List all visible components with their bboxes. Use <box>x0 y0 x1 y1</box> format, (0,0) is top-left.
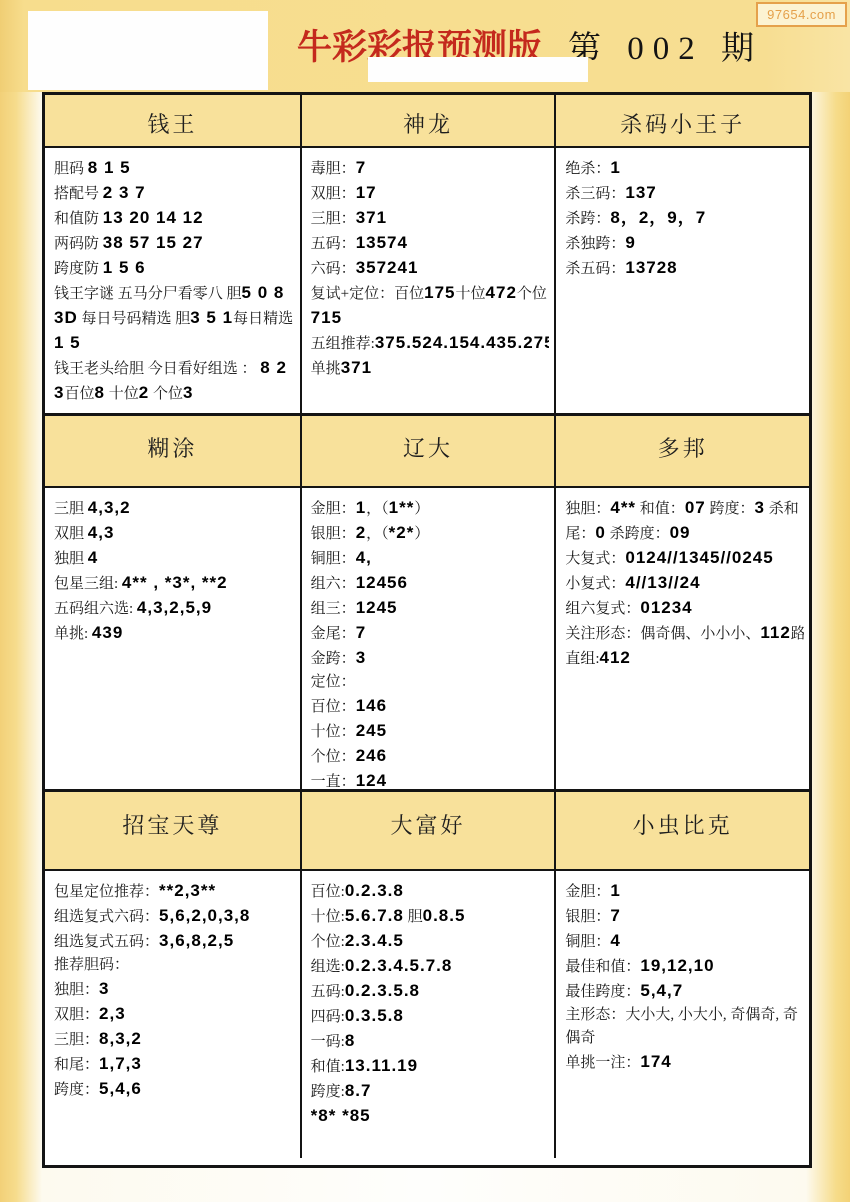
prediction-line: 铜胆：4, <box>311 546 550 571</box>
prediction-line: 组选复式五码：3,6,8,2,5 <box>54 929 295 954</box>
panel-header: 小虫比克 <box>556 792 809 871</box>
panel: 多邦独胆：4** 和值：07 跨度：3 杀和尾：0 杀跨度：09大复式：0124… <box>554 416 809 789</box>
panel-header: 大富好 <box>302 792 555 871</box>
prediction-line: 一直：124 <box>311 769 550 789</box>
prediction-line: 五码组六选: 4,3,2,5,9 <box>54 596 295 621</box>
prediction-sheet-page: 牛彩彩报预测版第 002 期 97654.com 钱王胆码 8 1 5搭配号 2… <box>0 0 850 1202</box>
prediction-line: 钱王老头给胆 今日看好组选 ： 8 2 <box>54 356 295 381</box>
panel-header: 辽大 <box>302 416 555 488</box>
panel-body: 毒胆：7双胆：17三胆：371五码：13574六码：357241复试+定位：百位… <box>302 148 555 413</box>
board-row: 糊涂三胆 4,3,2双胆 4,3独胆 4包星三组: 4** , *3*, **2… <box>45 413 809 789</box>
page-header-band: 牛彩彩报预测版第 002 期 <box>0 0 850 92</box>
redacted-area-center <box>368 57 588 82</box>
prediction-line: 单挑一注：174 <box>565 1050 804 1075</box>
site-watermark-link[interactable]: 97654.com <box>756 2 847 27</box>
prediction-line: 和值防 13 20 14 12 <box>54 206 295 231</box>
prediction-line: 主形态：大小大, 小大小, 奇偶奇, 奇偶奇 <box>565 1004 804 1050</box>
board-row: 钱王胆码 8 1 5搭配号 2 3 7和值防 13 20 14 12两码防 38… <box>45 95 809 413</box>
prediction-line: 大复式：0124//1345//0245 <box>565 546 804 571</box>
prediction-line: 和值:13.11.19 <box>311 1054 550 1079</box>
panel-title: 辽大 <box>403 432 453 463</box>
prediction-line: 组三：1245 <box>311 596 550 621</box>
prediction-line: 组六：12456 <box>311 571 550 596</box>
panel-header: 招宝天尊 <box>45 792 300 871</box>
prediction-line: 三胆：8,3,2 <box>54 1027 295 1052</box>
prediction-line: 两码防 38 57 15 27 <box>54 231 295 256</box>
prediction-line: 百位:0.2.3.8 <box>311 879 550 904</box>
prediction-line: 复试+定位：百位175十位472个位 <box>311 281 550 306</box>
prediction-line: 胆码 8 1 5 <box>54 156 295 181</box>
panel: 杀码小王子绝杀：1杀三码：137杀跨：8，2，9，7杀独跨：9杀五码：13728 <box>554 95 809 413</box>
panel-header: 多邦 <box>556 416 809 488</box>
panel-title: 招宝天尊 <box>122 809 222 840</box>
prediction-line: 搭配号 2 3 7 <box>54 181 295 206</box>
prediction-line: 十位：245 <box>311 719 550 744</box>
panel-body: 百位:0.2.3.8十位:5.6.7.8 胆0.8.5个位:2.3.4.5组选:… <box>302 871 555 1158</box>
prediction-line: 和尾：1,7,3 <box>54 1052 295 1077</box>
prediction-line: 金尾：7 <box>311 621 550 646</box>
prediction-line: 定位： <box>311 671 550 694</box>
prediction-line: 小复式：4//13//24 <box>565 571 804 596</box>
panel: 招宝天尊包星定位推荐：**2,3**组选复式六码：5,6,2,0,3,8组选复式… <box>45 792 300 1158</box>
prediction-line: 最佳跨度：5,4,7 <box>565 979 804 1004</box>
prediction-line: 三胆：371 <box>311 206 550 231</box>
prediction-line: 杀五码：13728 <box>565 256 804 281</box>
prediction-line: 最佳和值：19,12,10 <box>565 954 804 979</box>
redacted-area-left <box>28 11 268 90</box>
panel-title: 多邦 <box>658 432 708 463</box>
page-title-issue: 第 002 期 <box>568 31 763 67</box>
prediction-line: 一码:8 <box>311 1029 550 1054</box>
prediction-line: 杀跨：8，2，9，7 <box>565 206 804 231</box>
prediction-line: 六码：357241 <box>311 256 550 281</box>
prediction-line: 双胆：2,3 <box>54 1002 295 1027</box>
panel: 钱王胆码 8 1 5搭配号 2 3 7和值防 13 20 14 12两码防 38… <box>45 95 300 413</box>
prediction-line: 五码:0.2.3.5.8 <box>311 979 550 1004</box>
prediction-line: 银胆：7 <box>565 904 804 929</box>
prediction-line: 组选复式六码：5,6,2,0,3,8 <box>54 904 295 929</box>
prediction-line: 金跨：3 <box>311 646 550 671</box>
prediction-line: 个位：246 <box>311 744 550 769</box>
panel-header: 糊涂 <box>45 416 300 488</box>
panel-body: 金胆：1，（1**）银胆：2，（*2*）铜胆：4,组六：12456组三：1245… <box>302 488 555 789</box>
prediction-line: 推荐胆码： <box>54 954 295 977</box>
prediction-line: 双胆：17 <box>311 181 550 206</box>
panel-body: 包星定位推荐：**2,3**组选复式六码：5,6,2,0,3,8组选复式五码：3… <box>45 871 300 1158</box>
panel-body: 三胆 4,3,2双胆 4,3独胆 4包星三组: 4** , *3*, **2五码… <box>45 488 300 789</box>
prediction-table: 钱王胆码 8 1 5搭配号 2 3 7和值防 13 20 14 12两码防 38… <box>42 92 812 1168</box>
board-row: 招宝天尊包星定位推荐：**2,3**组选复式六码：5,6,2,0,3,8组选复式… <box>45 789 809 1158</box>
prediction-line: 毒胆：7 <box>311 156 550 181</box>
prediction-line: 包星三组: 4** , *3*, **2 <box>54 571 295 596</box>
prediction-line: 钱王字谜 五马分尸看零八 胆5 0 8 <box>54 281 295 306</box>
prediction-line: 跨度:8.7 <box>311 1079 550 1104</box>
prediction-line: 银胆：2，（*2*） <box>311 521 550 546</box>
prediction-line: 关注形态：偶奇偶、小小小、112路 <box>565 621 804 646</box>
panel-title: 大富好 <box>391 809 466 840</box>
panel-title: 钱王 <box>147 108 197 139</box>
prediction-line: 三胆 4,3,2 <box>54 496 295 521</box>
prediction-line: 铜胆：4 <box>565 929 804 954</box>
prediction-line: 组选:0.2.3.4.5.7.8 <box>311 954 550 979</box>
prediction-line: 独胆：4** 和值：07 跨度：3 杀和 <box>565 496 804 521</box>
prediction-line: 杀三码：137 <box>565 181 804 206</box>
prediction-line: 五码：13574 <box>311 231 550 256</box>
panel-header: 钱王 <box>45 95 300 148</box>
prediction-line: 个位:2.3.4.5 <box>311 929 550 954</box>
prediction-line: 金胆：1 <box>565 879 804 904</box>
panel: 糊涂三胆 4,3,2双胆 4,3独胆 4包星三组: 4** , *3*, **2… <box>45 416 300 789</box>
prediction-line: 单挑: 439 <box>54 621 295 646</box>
prediction-line: 绝杀：1 <box>565 156 804 181</box>
prediction-line: 尾：0 杀跨度：09 <box>565 521 804 546</box>
prediction-line: 单挑371 <box>311 356 550 381</box>
panel-title: 杀码小王子 <box>620 108 745 139</box>
panel-body: 绝杀：1杀三码：137杀跨：8，2，9，7杀独跨：9杀五码：13728 <box>556 148 809 413</box>
prediction-line: 杀独跨：9 <box>565 231 804 256</box>
prediction-line: 跨度：5,4,6 <box>54 1077 295 1102</box>
prediction-line: 直组:412 <box>565 646 804 671</box>
panel: 辽大金胆：1，（1**）银胆：2，（*2*）铜胆：4,组六：12456组三：12… <box>300 416 555 789</box>
panel-header: 杀码小王子 <box>556 95 809 148</box>
prediction-line: 715 <box>311 306 550 331</box>
prediction-line: 组六复式：01234 <box>565 596 804 621</box>
prediction-line: 独胆 4 <box>54 546 295 571</box>
prediction-line: 1 5 <box>54 331 295 356</box>
panel-title: 糊涂 <box>147 432 197 463</box>
prediction-line: 跨度防 1 5 6 <box>54 256 295 281</box>
panel: 大富好百位:0.2.3.8十位:5.6.7.8 胆0.8.5个位:2.3.4.5… <box>300 792 555 1158</box>
prediction-line: 金胆：1，（1**） <box>311 496 550 521</box>
prediction-line: *8* *85 <box>311 1104 550 1129</box>
prediction-line: 百位：146 <box>311 694 550 719</box>
panel: 神龙毒胆：7双胆：17三胆：371五码：13574六码：357241复试+定位：… <box>300 95 555 413</box>
panel-title: 神龙 <box>403 108 453 139</box>
prediction-line: 包星定位推荐：**2,3** <box>54 879 295 904</box>
prediction-line: 十位:5.6.7.8 胆0.8.5 <box>311 904 550 929</box>
panel-title: 小虫比克 <box>633 809 733 840</box>
prediction-line: 双胆 4,3 <box>54 521 295 546</box>
panel: 小虫比克金胆：1银胆：7铜胆：4最佳和值：19,12,10最佳跨度：5,4,7主… <box>554 792 809 1158</box>
prediction-line: 五组推荐:375.524.154.435.275. <box>311 331 550 356</box>
panel-body: 胆码 8 1 5搭配号 2 3 7和值防 13 20 14 12两码防 38 5… <box>45 148 300 413</box>
prediction-line: 四码:0.3.5.8 <box>311 1004 550 1029</box>
prediction-line: 独胆：3 <box>54 977 295 1002</box>
prediction-line: 3百位8 十位2 个位3 <box>54 381 295 406</box>
panel-body: 独胆：4** 和值：07 跨度：3 杀和尾：0 杀跨度：09大复式：0124//… <box>556 488 809 789</box>
panel-body: 金胆：1银胆：7铜胆：4最佳和值：19,12,10最佳跨度：5,4,7主形态：大… <box>556 871 809 1158</box>
panel-header: 神龙 <box>302 95 555 148</box>
prediction-line: 3D 每日号码精选 胆3 5 1每日精选 <box>54 306 295 331</box>
